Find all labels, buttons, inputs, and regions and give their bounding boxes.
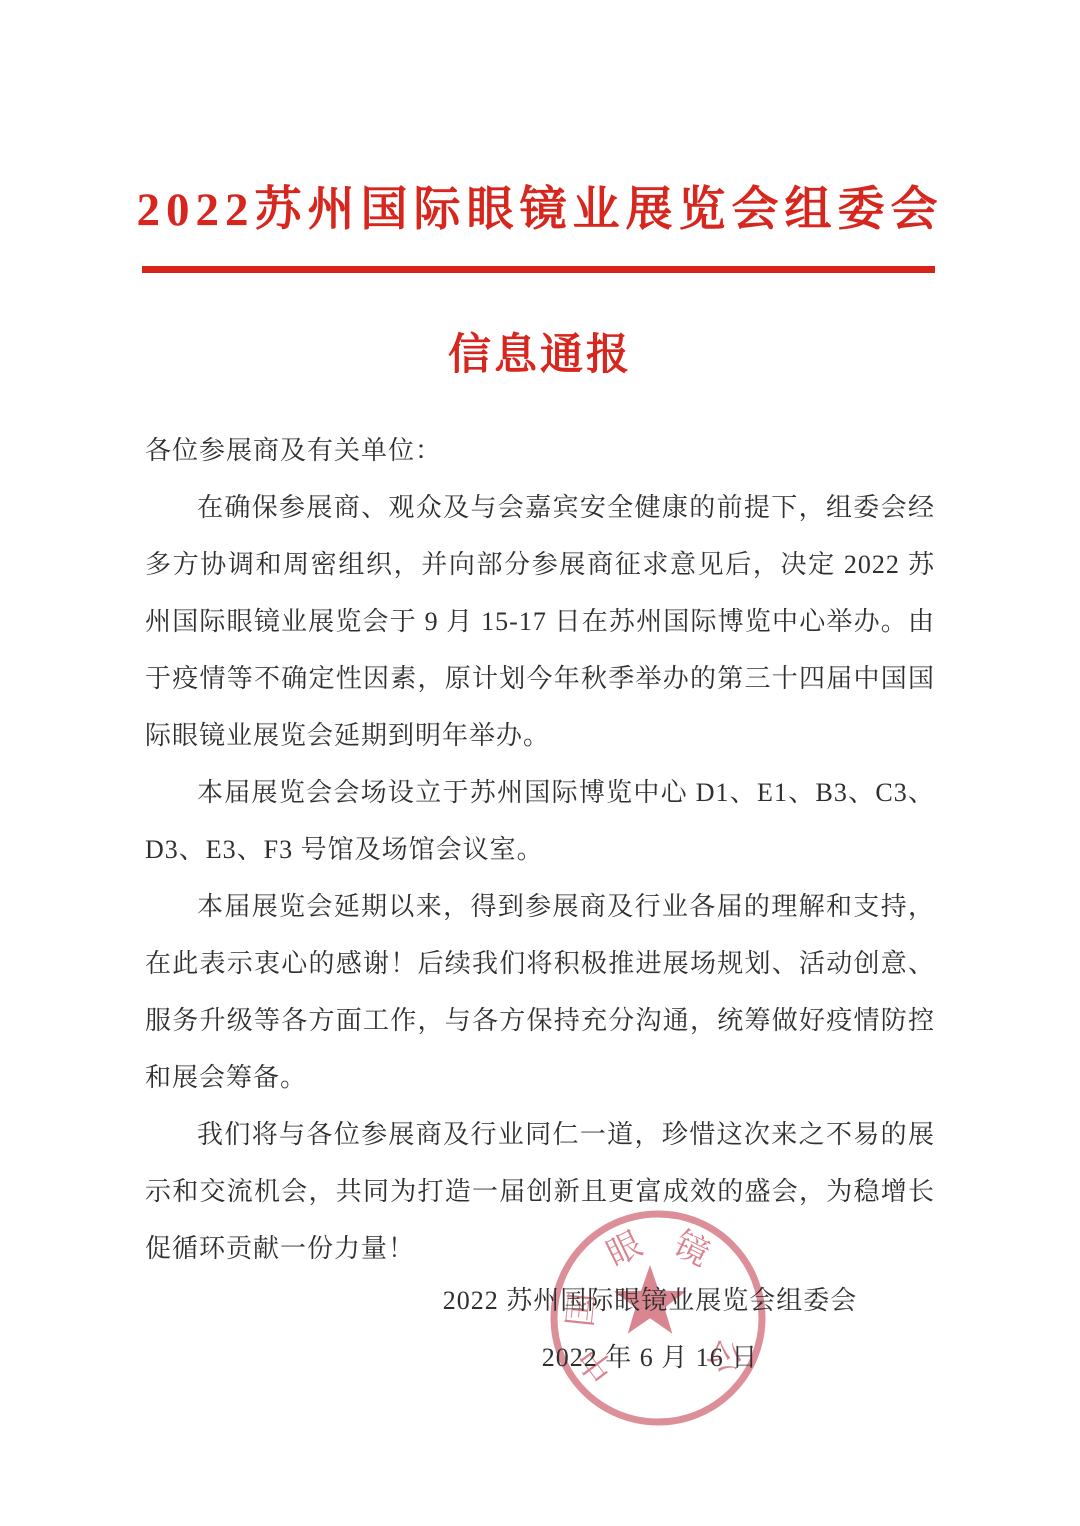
- signature-date: 2022 年 6 月 16 日: [220, 1329, 1080, 1386]
- stamp-char-3: 眼: [601, 1226, 648, 1274]
- signature-organization: 2022 苏州国际眼镜业展览会组委会: [220, 1272, 1080, 1329]
- notice-subtitle: 信息通报: [0, 330, 1080, 380]
- paragraph-3: 本届展览会延期以来，得到参展商及行业各届的理解和支持，在此表示衷心的感谢！后续我…: [145, 878, 935, 1106]
- paragraph-2: 本届展览会会场设立于苏州国际博览中心 D1、E1、B3、C3、D3、E3、F3 …: [145, 764, 935, 878]
- notice-body: 各位参展商及有关单位： 在确保参展商、观众及与会嘉宾安全健康的前提下，组委会经多…: [145, 422, 935, 1277]
- stamp-char-4: 镜: [668, 1225, 715, 1274]
- document-page: 2022苏州国际眼镜业展览会组委会 信息通报 各位参展商及有关单位： 在确保参展…: [0, 0, 1080, 1526]
- signature-block: 2022 苏州国际眼镜业展览会组委会 2022 年 6 月 16 日: [220, 1272, 1080, 1386]
- title-divider: [142, 266, 935, 273]
- paragraph-1: 在确保参展商、观众及与会嘉宾安全健康的前提下，组委会经多方协调和周密组织，并向部…: [145, 479, 935, 764]
- paragraph-4: 我们将与各位参展商及行业同仁一道，珍惜这次来之不易的展示和交流机会，共同为打造一…: [145, 1106, 935, 1277]
- salutation: 各位参展商及有关单位：: [145, 422, 935, 479]
- document-title: 2022苏州国际眼镜业展览会组委会: [0, 180, 1080, 240]
